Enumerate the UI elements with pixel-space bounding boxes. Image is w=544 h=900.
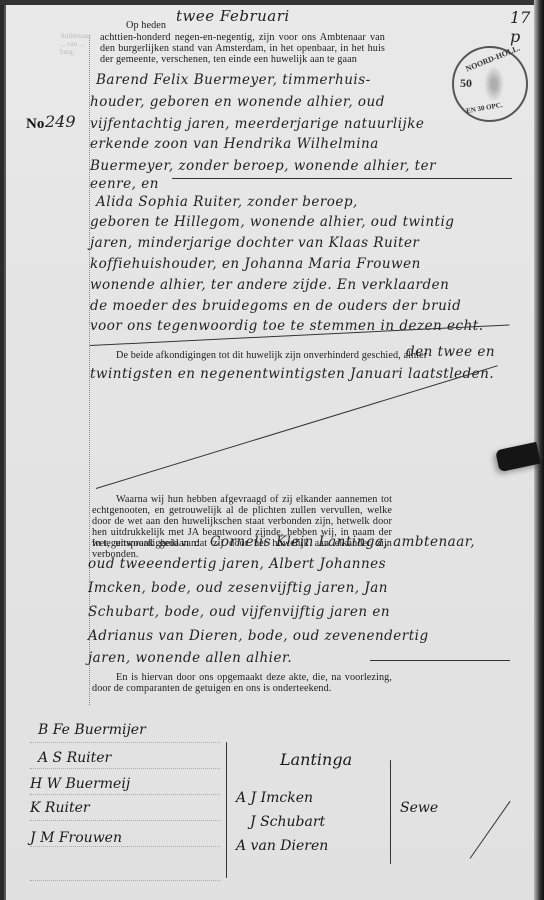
record-number-label: No [26,116,44,133]
proclamations-hand: twintigsten en negenentwintigsten Januar… [90,364,494,384]
ghost-margin-text: Ambtenaar ... van ... burg. [60,32,88,56]
bride-line: koffiehuishouder, en Johanna Maria Frouw… [90,254,421,274]
witness-line: Schubart, bode, oud vijfenvijftig jaren … [88,602,390,622]
intro-printed-2: achttien-honderd negen-en-negentig, zijn… [100,32,385,65]
signature-line [30,820,220,821]
bride-line: de moeder des bruidegoms en de ouders de… [90,296,461,316]
witness-line: jaren, wonende allen alhier. [88,648,292,668]
witness-line: Imcken, bode, oud zesenvijftig jaren, Ja… [88,578,388,598]
signature-line [30,742,220,743]
groom-line: Buermeyer, zonder beroep, wonende alhier… [90,156,436,176]
signature-groom-mother: H W Buermeij [30,776,130,792]
intro-hand-date: twee Februari [176,6,290,26]
signature-brace [226,742,227,878]
bride-line: jaren, minderjarige dochter van Klaas Ru… [90,233,419,253]
signature-groom: B Fe Buermijer [38,722,146,738]
stamp-bottom-text: EN 30 OPC. [466,101,504,115]
signature-official: Sewe [400,800,438,816]
record-number: 249 [45,112,76,131]
signature-line [30,846,220,847]
witness-intro: In tegenwoordigheid van: [92,538,199,549]
groom-line: houder, geboren en wonende alhier, oud [90,92,385,112]
signature-witness: A J Imcken [236,790,313,806]
groom-line: eenre, en [90,174,159,194]
tax-stamp: NOORD-HOLL. 50 EN 30 OPC. [452,46,528,122]
stamp-value: 50 [460,76,472,91]
fill-line [172,178,512,179]
groom-line: erkende zoon van Hendrika Wilhelmina [90,134,379,154]
scan-border-top [0,0,544,5]
folio-number: 17 p [510,8,544,46]
groom-line: vijfentachtig jaren, meerderjarige natuu… [90,114,424,134]
intro-printed-1: Op heden [126,20,166,31]
signature-brace [390,760,391,864]
bride-line: geboren te Hillegom, wonende alhier, oud… [90,212,454,232]
witness-line: oud tweeendertig jaren, Albert Johannes [88,554,386,574]
bride-line: Alida Sophia Ruiter, zonder beroep, [96,192,358,212]
proclamations-hand: den twee en [406,342,495,362]
groom-line: Barend Felix Buermeyer, timmerhuis- [96,70,371,90]
witness-line: Adrianus van Dieren, bode, oud zevenende… [88,626,429,646]
proclamations-printed: De beide afkondigingen tot dit huwelijk … [116,350,427,361]
closing-printed: En is hiervan door ons opgemaakt deze ak… [92,672,392,694]
signature-line [30,794,220,795]
witness-line: Cornelis Klein Lantinga, ambtenaar, [210,532,475,552]
signature-witness: Lantinga [280,750,352,769]
signature-bride-mother: J M Frouwen [30,830,122,846]
bride-line: voor ons tegenwoordig toe te stemmen in … [90,316,484,336]
signature-witness: A van Dieren [236,838,328,854]
signature-bride: A S Ruiter [38,750,111,766]
signature-bride-father: K Ruiter [30,800,90,816]
fill-line [370,660,510,661]
signature-line [30,768,220,769]
crown-icon [484,66,504,102]
bride-line: wonende alhier, ter andere zijde. En ver… [90,275,449,295]
signature-line [30,880,220,881]
signature-witness: J Schubart [250,814,325,830]
